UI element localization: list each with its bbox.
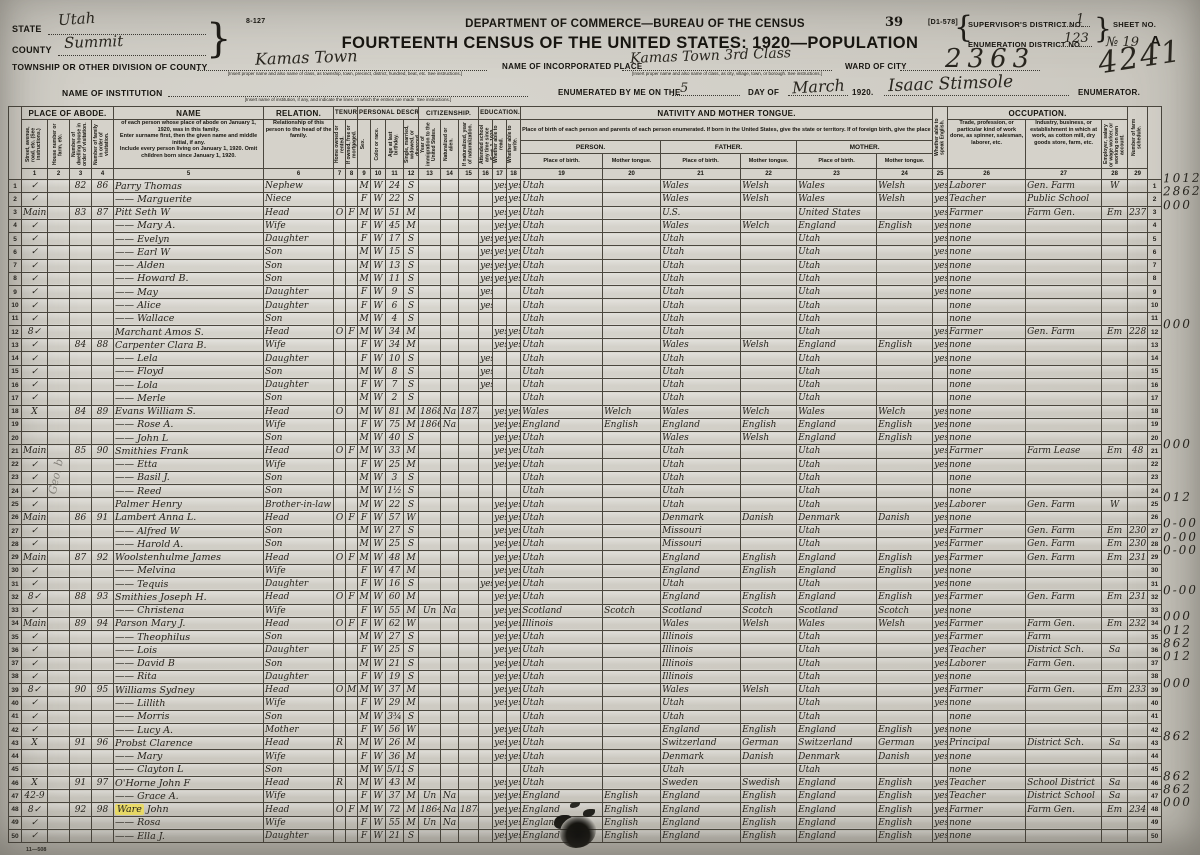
cell-fam <box>92 750 114 763</box>
cell-eng <box>933 365 948 378</box>
cell-mtng: English <box>877 564 933 577</box>
cell-dw <box>70 193 92 206</box>
cell-fpob: Utah <box>661 697 741 710</box>
cell-fam: 97 <box>92 776 114 789</box>
cell-eng: yes <box>933 193 948 206</box>
cell-name: —— Reed <box>114 485 264 498</box>
cell-eng: yes <box>933 737 948 750</box>
table-row: 40✓—— LillithWifeFW29MyesyesUtahUtahUtah… <box>9 697 1162 710</box>
column-number: 15 <box>459 169 479 180</box>
cell-pob: England <box>521 418 603 431</box>
cell-street: Main <box>22 551 48 564</box>
cell-ind <box>1026 564 1102 577</box>
row-number: 33 <box>9 604 22 617</box>
cell-imm <box>419 193 441 206</box>
cell-sex: M <box>358 325 371 338</box>
col-industry-text: Industry, business, or establishment in … <box>1027 120 1100 146</box>
cell-sex: F <box>358 790 371 803</box>
cell-mtng <box>877 392 933 405</box>
cell-mtg: F <box>346 551 358 564</box>
cell-farm <box>1128 644 1148 657</box>
col-age-text: Age at last birthday. <box>389 122 400 167</box>
cell-name: —— Lucy A. <box>114 723 264 736</box>
cell-naty <box>459 790 479 803</box>
row-number: 50 <box>1148 830 1162 843</box>
cell-sex: M <box>358 206 371 219</box>
cell-house <box>48 246 70 259</box>
cell-mpob: England <box>797 339 877 352</box>
cell-dw <box>70 763 92 776</box>
cell-wr <box>507 485 521 498</box>
cell-occ: none <box>948 405 1026 418</box>
cell-mtng: English <box>877 219 933 232</box>
cell-emp <box>1102 697 1128 710</box>
cell-ind: Farm <box>1026 631 1102 644</box>
cell-fpob: Utah <box>661 259 741 272</box>
cell-mtg: F <box>346 591 358 604</box>
table-row: 10✓—— AliceDaughterFW6SyesUtahUtahUtahno… <box>9 299 1162 312</box>
cell-own <box>334 180 346 193</box>
cell-emp <box>1102 631 1128 644</box>
cell-nat <box>441 631 459 644</box>
row-number: 37 <box>9 657 22 670</box>
cell-mar: S <box>404 485 419 498</box>
cell-age: 10 <box>386 352 404 365</box>
cell-ftng: Welsh <box>741 339 797 352</box>
cell-sex: M <box>358 524 371 537</box>
cell-age: 3¾ <box>386 710 404 723</box>
cell-occ: none <box>948 272 1026 285</box>
cell-farm <box>1128 577 1148 590</box>
cell-name: —— Evelyn <box>114 233 264 246</box>
row-number: 49 <box>9 816 22 829</box>
cell-imm <box>419 710 441 723</box>
cell-ind <box>1026 485 1102 498</box>
cell-fpob: Denmark <box>661 750 741 763</box>
cell-farm: 233 <box>1128 684 1148 697</box>
cell-ftng <box>741 710 797 723</box>
cell-name: Palmer Henry <box>114 498 264 511</box>
cell-wr <box>507 365 521 378</box>
cell-eng <box>933 485 948 498</box>
cell-age: 6 <box>386 299 404 312</box>
cell-fpob: Wales <box>661 617 741 630</box>
table-row: 328✓8893Smithies Joseph H.HeadOFMW60Myes… <box>9 591 1162 604</box>
cell-farm <box>1128 790 1148 803</box>
cell-mar: S <box>404 830 419 843</box>
cell-rel: Son <box>264 432 334 445</box>
cell-fpob: England <box>661 816 741 829</box>
cell-occ: Laborer <box>948 180 1026 193</box>
cell-nat: Na <box>441 816 459 829</box>
row-number: 9 <box>9 286 22 299</box>
cell-nat <box>441 286 459 299</box>
cell-own <box>334 392 346 405</box>
cell-race: W <box>371 233 386 246</box>
table-row: 4✓—— Mary A.WifeFW45MyesyesUtahWalesWelc… <box>9 219 1162 232</box>
cell-emp <box>1102 219 1128 232</box>
cell-tng <box>603 657 661 670</box>
cell-farm: 48 <box>1128 445 1148 458</box>
cell-rel: Son <box>264 272 334 285</box>
cell-pob: Utah <box>521 763 603 776</box>
cell-rel: Son <box>264 246 334 259</box>
col-name-description: of each person whose place of abode on J… <box>115 120 262 160</box>
cell-mpob: Utah <box>797 286 877 299</box>
cell-wr: yes <box>507 790 521 803</box>
cell-tng <box>603 697 661 710</box>
cell-emp <box>1102 432 1128 445</box>
cell-house <box>48 272 70 285</box>
cell-mar: M <box>404 339 419 352</box>
group-place-of-abode: PLACE OF ABODE. <box>22 107 114 120</box>
cell-fam <box>92 538 114 551</box>
cell-emp <box>1102 272 1128 285</box>
cell-farm <box>1128 378 1148 391</box>
cell-name: —— John L <box>114 432 264 445</box>
cell-dw: 84 <box>70 339 92 352</box>
cell-naty <box>459 485 479 498</box>
cell-rd: yes <box>493 604 507 617</box>
cell-name: —— Lola <box>114 378 264 391</box>
cell-fam <box>92 524 114 537</box>
cell-farm <box>1128 180 1148 193</box>
table-row: 43X9196Probst ClarenceHeadRMW26MyesyesUt… <box>9 737 1162 750</box>
row-number: 34 <box>9 617 22 630</box>
cell-eng: yes <box>933 591 948 604</box>
cell-ftng <box>741 524 797 537</box>
cell-nat <box>441 325 459 338</box>
cell-tng <box>603 272 661 285</box>
cell-ind: Farm Gen. <box>1026 803 1102 816</box>
cell-occ: none <box>948 670 1026 683</box>
col-race-header: Color or race. <box>371 120 386 169</box>
cell-naty: 1873 <box>459 405 479 418</box>
cell-mar: M <box>404 591 419 604</box>
cell-sch <box>479 750 493 763</box>
cell-race: W <box>371 697 386 710</box>
cell-race: W <box>371 378 386 391</box>
cell-nat <box>441 776 459 789</box>
table-row: 23✓—— Basil J.SonMW3SUtahUtahUtahnone23 <box>9 471 1162 484</box>
cell-mar: S <box>404 670 419 683</box>
cell-imm <box>419 538 441 551</box>
cell-tng <box>603 180 661 193</box>
cell-rd: yes <box>493 511 507 524</box>
cell-occ: none <box>948 511 1026 524</box>
cell-mar: S <box>404 272 419 285</box>
cell-rel: Daughter <box>264 352 334 365</box>
cell-fam <box>92 246 114 259</box>
cell-tng: English <box>603 418 661 431</box>
cell-rd: yes <box>493 657 507 670</box>
cell-sch <box>479 564 493 577</box>
row-number: 42 <box>1148 723 1162 736</box>
cell-naty <box>459 617 479 630</box>
cell-rel: Wife <box>264 339 334 352</box>
cell-age: 29 <box>386 697 404 710</box>
cell-fam: 87 <box>92 206 114 219</box>
cell-eng: yes <box>933 776 948 789</box>
row-number: 13 <box>1148 339 1162 352</box>
row-number: 45 <box>1148 763 1162 776</box>
cell-age: 1½ <box>386 485 404 498</box>
cell-tng <box>603 445 661 458</box>
cell-occ: none <box>948 485 1026 498</box>
cell-naty <box>459 511 479 524</box>
cell-dw: 87 <box>70 551 92 564</box>
cell-mpob: Utah <box>797 445 877 458</box>
cell-eng: yes <box>933 352 948 365</box>
cell-name: —— Mary A. <box>114 219 264 232</box>
cell-mpob: England <box>797 564 877 577</box>
cell-fpob: Utah <box>661 299 741 312</box>
cell-street: ✓ <box>22 723 48 736</box>
row-number: 16 <box>1148 378 1162 391</box>
cell-mpob: Utah <box>797 471 877 484</box>
cell-dw <box>70 352 92 365</box>
row-number: 14 <box>9 352 22 365</box>
group-relation: RELATION. <box>264 107 334 120</box>
cell-mpob: Utah <box>797 365 877 378</box>
cell-sex: M <box>358 405 371 418</box>
cell-own: O <box>334 617 346 630</box>
column-number: 8 <box>346 169 358 180</box>
cell-sch <box>479 776 493 789</box>
cell-eng: yes <box>933 458 948 471</box>
cell-rel: Daughter <box>264 378 334 391</box>
table-row: 6✓—— Earl WSonMW15SyesyesyesUtahUtahUtah… <box>9 246 1162 259</box>
col-speak-english-text: Whether able to speak English. <box>935 115 946 160</box>
cell-mtg: F <box>346 206 358 219</box>
cell-imm <box>419 577 441 590</box>
cell-name: —— Lela <box>114 352 264 365</box>
cell-house <box>48 644 70 657</box>
column-number: 10 <box>371 169 386 180</box>
cell-farm <box>1128 352 1148 365</box>
cell-emp <box>1102 816 1128 829</box>
cell-eng: yes <box>933 405 948 418</box>
cell-sch <box>479 219 493 232</box>
cell-street: ✓ <box>22 352 48 365</box>
cell-fam <box>92 312 114 325</box>
cell-race: W <box>371 206 386 219</box>
cell-age: 17 <box>386 233 404 246</box>
cell-rd: yes <box>493 723 507 736</box>
cell-emp <box>1102 750 1128 763</box>
cell-eng: yes <box>933 604 948 617</box>
cell-ind: School District <box>1026 776 1102 789</box>
cell-name: —— Morris <box>114 710 264 723</box>
cell-naty <box>459 206 479 219</box>
margin-note: 2862 <box>1163 184 1200 199</box>
cell-sex: F <box>358 750 371 763</box>
cell-farm: 234 <box>1128 803 1148 816</box>
cell-imm <box>419 723 441 736</box>
cell-pob: Illinois <box>521 617 603 630</box>
cell-ftng: Danish <box>741 750 797 763</box>
state-county-brace: } <box>206 16 231 62</box>
cell-mpob: Utah <box>797 259 877 272</box>
col-owned-rented-text: Home owned or rented. <box>335 122 346 167</box>
cell-mtg: F <box>346 325 358 338</box>
cell-mar: S <box>404 193 419 206</box>
row-number: 36 <box>1148 644 1162 657</box>
cell-rel: Wife <box>264 750 334 763</box>
row-number: 26 <box>1148 511 1162 524</box>
cell-dw <box>70 378 92 391</box>
cell-tng: English <box>603 816 661 829</box>
cell-mpob: Denmark <box>797 750 877 763</box>
cell-ind <box>1026 312 1102 325</box>
cell-tng <box>603 193 661 206</box>
supervisor-district-label: SUPERVISOR'S DISTRICT NO. <box>968 20 1083 29</box>
cell-wr: yes <box>507 750 521 763</box>
cell-emp: W <box>1102 498 1128 511</box>
cell-tng <box>603 538 661 551</box>
cell-rel: Daughter <box>264 830 334 843</box>
table-row: 24✓—— ReedSonMW1½SUtahUtahUtahnone24 <box>9 485 1162 498</box>
cell-name: —— Merle <box>114 392 264 405</box>
cell-fpob: Illinois <box>661 644 741 657</box>
cell-fpob: Utah <box>661 352 741 365</box>
cell-mtng: English <box>877 790 933 803</box>
cell-race: W <box>371 352 386 365</box>
cell-emp: Em <box>1102 524 1128 537</box>
cell-ind <box>1026 352 1102 365</box>
row-number: 28 <box>1148 538 1162 551</box>
row-number: 29 <box>1148 551 1162 564</box>
cell-name: —— Christena <box>114 604 264 617</box>
cell-ftng <box>741 352 797 365</box>
cell-pob: Utah <box>521 485 603 498</box>
row-number: 32 <box>9 591 22 604</box>
cell-emp: Sa <box>1102 776 1128 789</box>
cell-naty <box>459 524 479 537</box>
cell-pob: Utah <box>521 524 603 537</box>
cell-pob: Utah <box>521 591 603 604</box>
cell-wr: yes <box>507 206 521 219</box>
cell-fpob: Wales <box>661 684 741 697</box>
cell-house <box>48 830 70 843</box>
cell-rd: yes <box>493 246 507 259</box>
cell-fpob: Scotland <box>661 604 741 617</box>
cell-ind: District School <box>1026 790 1102 803</box>
cell-mtg <box>346 750 358 763</box>
cell-sex: F <box>358 378 371 391</box>
cell-occ: none <box>948 710 1026 723</box>
cell-fpob: Utah <box>661 498 741 511</box>
cell-street: X <box>22 737 48 750</box>
cell-fpob: Denmark <box>661 511 741 524</box>
cell-race: W <box>371 644 386 657</box>
cell-mpob: Utah <box>797 644 877 657</box>
cell-rd: yes <box>493 670 507 683</box>
cell-wr: yes <box>507 816 521 829</box>
row-number: 24 <box>9 485 22 498</box>
cell-mtng <box>877 352 933 365</box>
cell-farm <box>1128 193 1148 206</box>
row-number: 40 <box>1148 697 1162 710</box>
cell-ind <box>1026 418 1102 431</box>
cell-farm <box>1128 418 1148 431</box>
cell-mtg <box>346 286 358 299</box>
cell-mpob: Utah <box>797 233 877 246</box>
col-relation-header: Relationship of this person to the head … <box>264 120 334 169</box>
cell-nat <box>441 617 459 630</box>
cell-rel: Daughter <box>264 233 334 246</box>
cell-pob: Utah <box>521 219 603 232</box>
cell-ind: Gen. Farm <box>1026 591 1102 604</box>
cell-wr <box>507 710 521 723</box>
cell-tng <box>603 776 661 789</box>
cell-own <box>334 577 346 590</box>
cell-rd: yes <box>493 405 507 418</box>
cell-name: —— Harold A. <box>114 538 264 551</box>
row-number: 28 <box>9 538 22 551</box>
table-row: 28✓—— Harold A.SonMW25SyesyesUtahMissour… <box>9 538 1162 551</box>
row-number: 39 <box>1148 684 1162 697</box>
row-number: 21 <box>1148 445 1162 458</box>
cell-ftng <box>741 206 797 219</box>
cell-occ: none <box>948 365 1026 378</box>
cell-mpob: Utah <box>797 710 877 723</box>
cell-fam <box>92 710 114 723</box>
cell-mtng: English <box>877 551 933 564</box>
row-number: 26 <box>9 511 22 524</box>
cell-mar: S <box>404 763 419 776</box>
cell-naty <box>459 378 479 391</box>
cell-farm <box>1128 246 1148 259</box>
row-number: 12 <box>9 325 22 338</box>
col-house-number-header: House number or farm, etc. <box>48 120 70 169</box>
cell-imm <box>419 498 441 511</box>
cell-eng <box>933 392 948 405</box>
cell-house <box>48 551 70 564</box>
given-name: John <box>144 804 169 815</box>
cell-occ: none <box>948 577 1026 590</box>
cell-eng: yes <box>933 657 948 670</box>
cell-house <box>48 790 70 803</box>
row-number: 31 <box>1148 577 1162 590</box>
cell-own <box>334 432 346 445</box>
table-row: 29Main8792Woolstenhulme JamesHeadOFMW48M… <box>9 551 1162 564</box>
cell-emp: Em <box>1102 325 1128 338</box>
cell-emp <box>1102 392 1128 405</box>
cell-farm: 228 <box>1128 325 1148 338</box>
row-number: 39 <box>9 684 22 697</box>
cell-wr <box>507 392 521 405</box>
cell-rel: Head <box>264 591 334 604</box>
cell-ind: Gen. Farm <box>1026 538 1102 551</box>
cell-pob: Utah <box>521 392 603 405</box>
cell-fpob: Illinois <box>661 631 741 644</box>
cell-fam <box>92 644 114 657</box>
row-number: 37 <box>1148 657 1162 670</box>
cell-occ: Farmer <box>948 684 1026 697</box>
cell-age: 34 <box>386 339 404 352</box>
cell-rd: yes <box>493 564 507 577</box>
cell-mpob: England <box>797 551 877 564</box>
cell-naty <box>459 657 479 670</box>
col-employer-text: Employer, salary or wage worker, or work… <box>1104 122 1126 167</box>
cell-race: W <box>371 830 386 843</box>
cell-rd: yes <box>493 206 507 219</box>
cell-age: 33 <box>386 445 404 458</box>
cell-name: —— Ella J. <box>114 830 264 843</box>
margin-note: 012 <box>1163 622 1192 637</box>
cell-mtng: English <box>877 432 933 445</box>
